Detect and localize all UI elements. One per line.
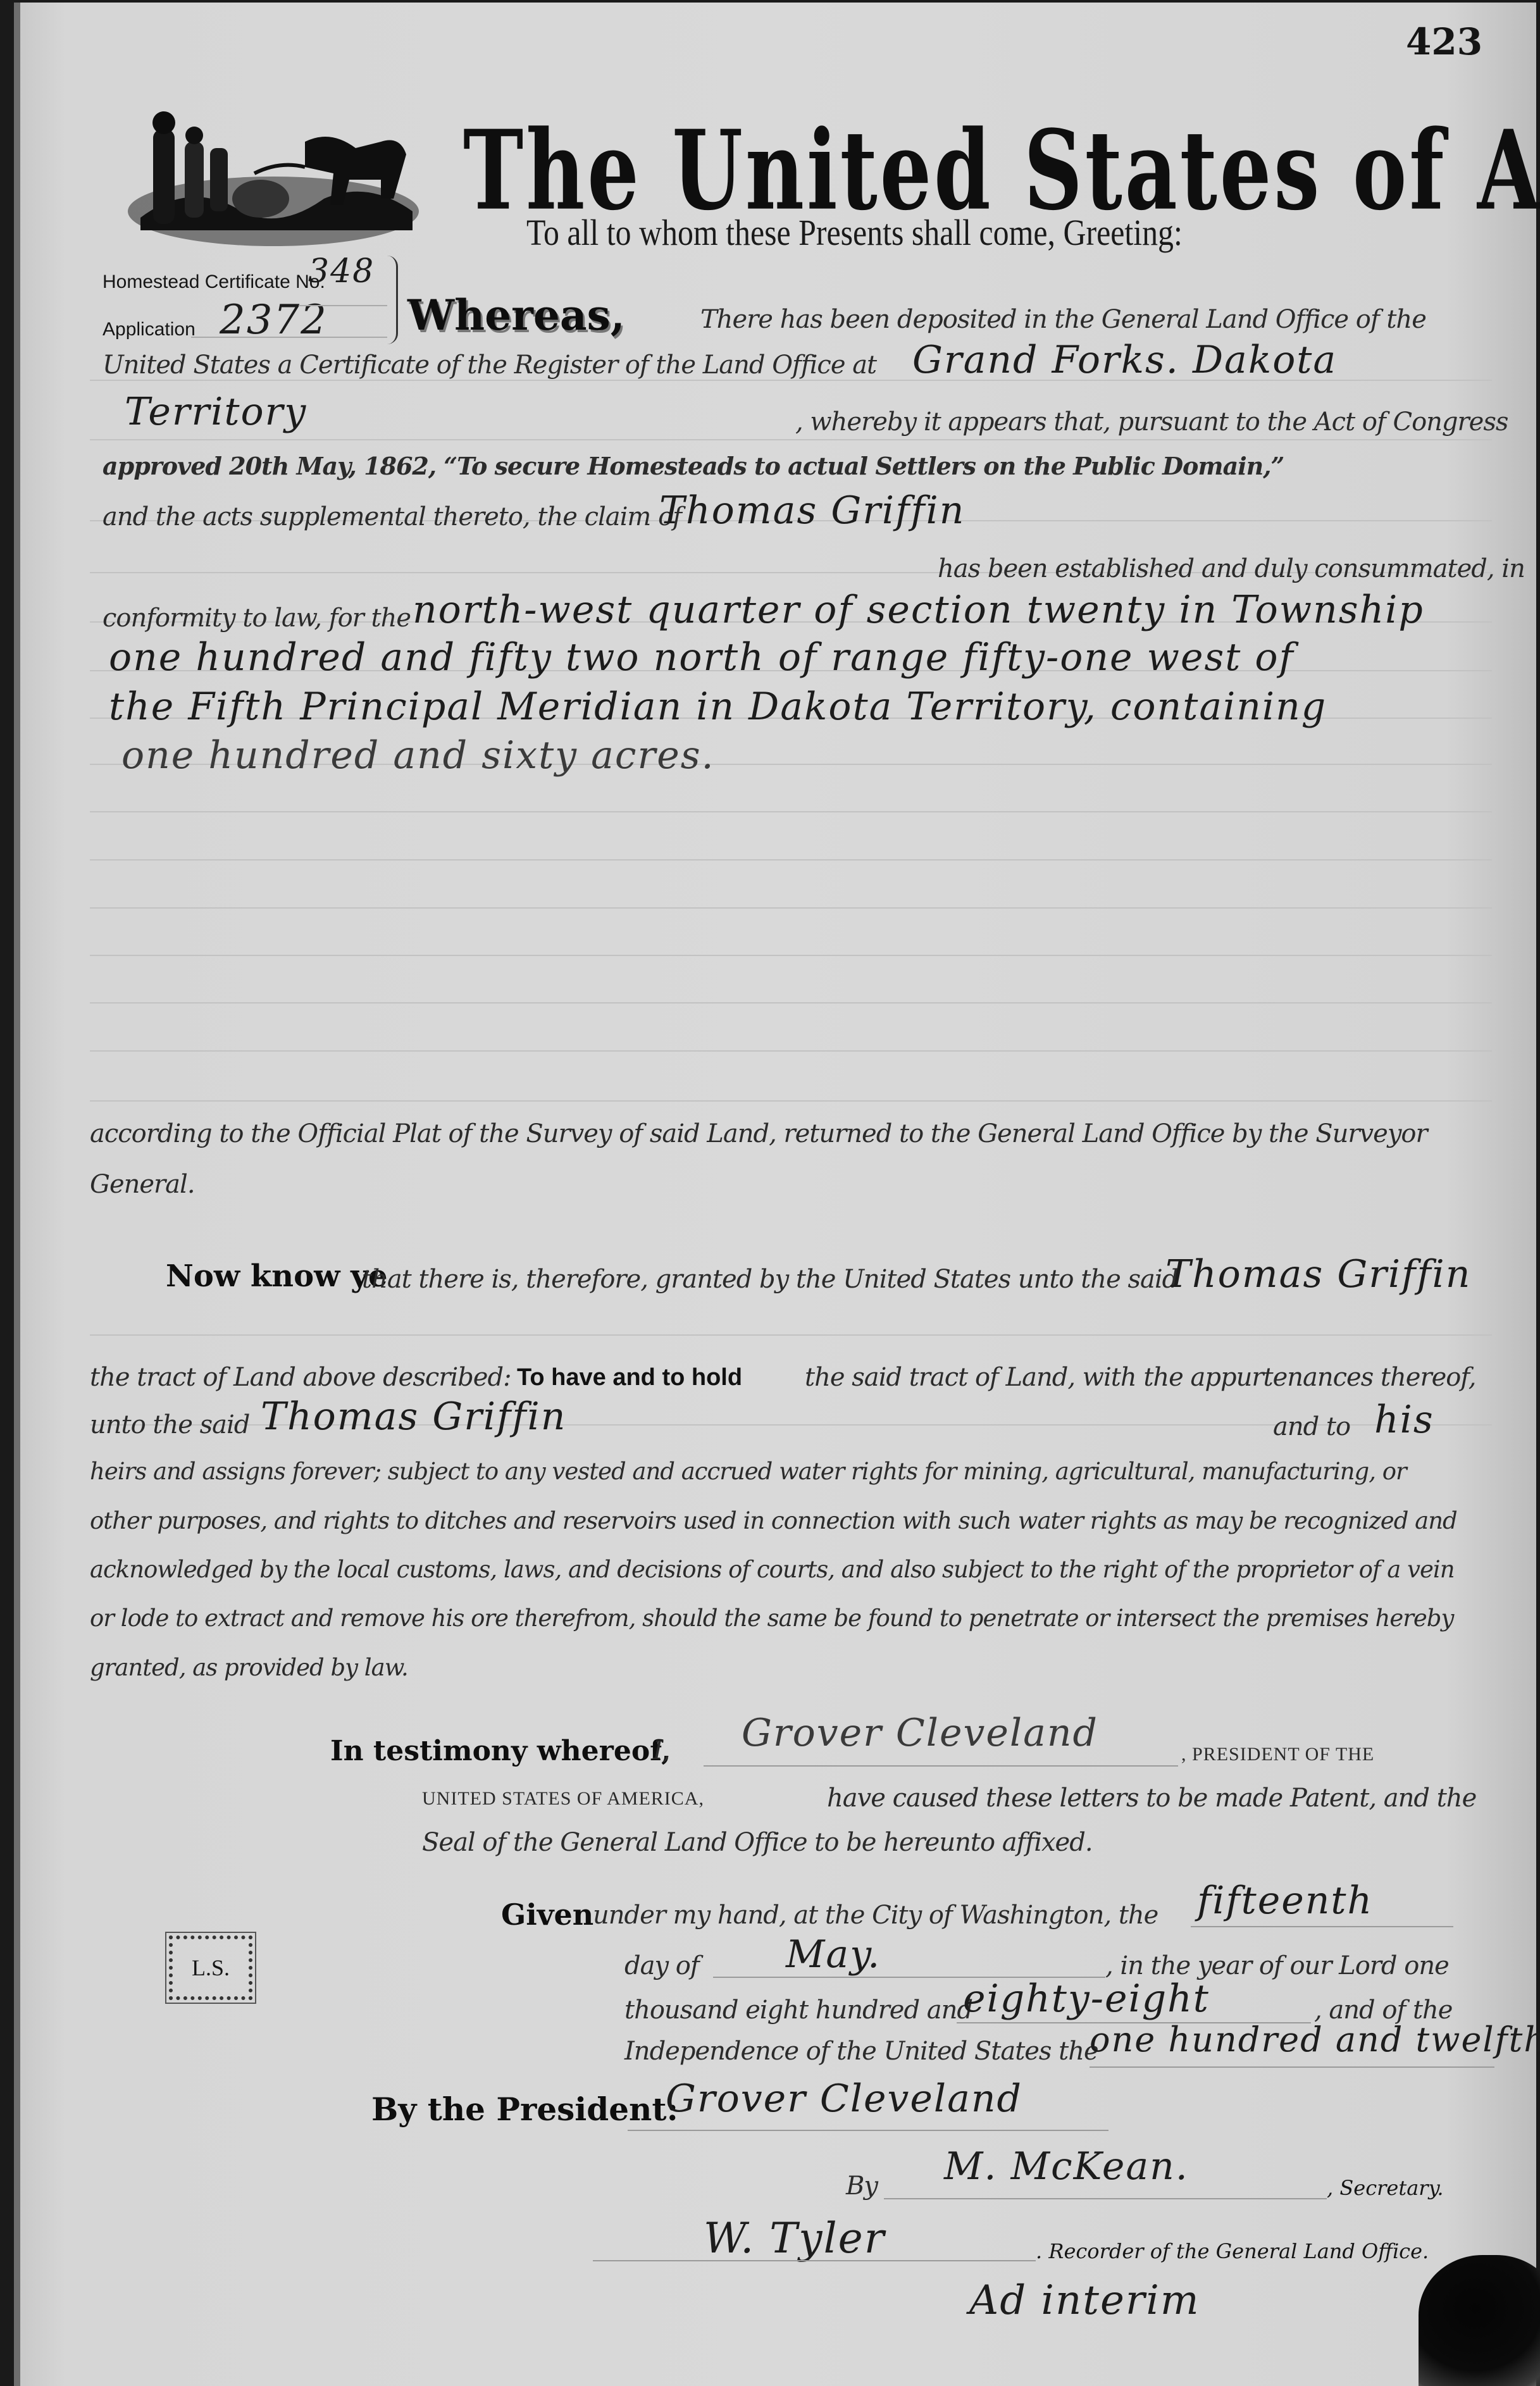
homestead-certificate-number: 348 <box>308 252 375 290</box>
land-office-location: Grand Forks. Dakota <box>912 338 1337 382</box>
ruled-line <box>90 811 1492 812</box>
grant-body-line-4: or lode to extract and remove his ore th… <box>90 1605 1453 1632</box>
president-signature-line <box>628 2130 1108 2131</box>
whereas-line-5: and the acts supplemental thereto, the c… <box>102 502 681 531</box>
page-number: 423 <box>1406 20 1482 63</box>
greeting-line: To all to whom these Presents shall come… <box>526 211 1183 254</box>
secretary-title: , Secretary. <box>1327 2176 1444 2200</box>
grant-body-line-2: other purposes, and rights to ditches an… <box>90 1507 1457 1534</box>
now-know-ye-heading: Now know ye <box>166 1258 388 1294</box>
ruled-line <box>90 955 1492 956</box>
ad-interim-annotation: Ad interim <box>969 2277 1200 2324</box>
ruled-line <box>90 1002 1492 1003</box>
application-field: Application <box>102 319 196 340</box>
patent-page: 423 The United States of America, To all… <box>14 3 1536 2386</box>
whereas-line-2: United States a Certificate of the Regis… <box>102 351 876 380</box>
grant-line-2c: the said tract of Land, with the appurte… <box>805 1363 1475 1392</box>
grantee-name-2: Thomas Griffin <box>261 1395 566 1439</box>
grantee-pronoun: his <box>1374 1398 1434 1442</box>
claimant-name: Thomas Griffin <box>659 488 965 533</box>
homestead-certificate-label: Homestead Certificate No. <box>102 271 325 292</box>
given-line-1: under my hand, at the City of Washington… <box>593 1901 1158 1930</box>
grantee-name: Thomas Griffin <box>1165 1252 1471 1296</box>
by-the-president-heading: By the President: <box>371 2091 678 2128</box>
testimony-line-2a: UNITED STATES OF AMERICA, <box>422 1788 704 1810</box>
harvest-vignette-image <box>115 104 432 256</box>
given-line-4a: Independence of the United States the <box>624 2037 1098 2066</box>
land-description-line-4: one hundred and sixty acres. <box>121 733 715 778</box>
whereas-line-1: There has been deposited in the General … <box>700 305 1426 334</box>
month-handwritten: May. <box>786 1932 881 1977</box>
survey-line-1: according to the Official Plat of the Su… <box>90 1119 1427 1148</box>
bracket-divider <box>387 256 398 344</box>
seal-label: L.S. <box>192 1954 230 1981</box>
ruled-line <box>90 907 1492 909</box>
by-label: By <box>846 2172 878 2201</box>
day-of-label: day of <box>624 1951 699 1980</box>
application-underline <box>191 337 387 338</box>
whereas-heading: Whereas, <box>407 290 625 340</box>
president-underline <box>704 1765 1178 1767</box>
recorder-signature-line <box>593 2260 1036 2261</box>
day-handwritten: fifteenth <box>1197 1879 1373 1923</box>
ruled-line <box>90 439 1492 440</box>
president-title: , PRESIDENT OF THE <box>1181 1744 1374 1765</box>
thumb-shadow <box>1419 2255 1540 2386</box>
given-heading: Given <box>501 1898 593 1932</box>
grant-line-3b: and to <box>1273 1412 1350 1441</box>
testimony-line-2b: have caused these letters to be made Pat… <box>827 1784 1476 1813</box>
land-description-line-2: one hundred and fifty two north of range… <box>109 635 1295 680</box>
secretary-signature-line <box>884 2198 1327 2199</box>
testimony-line-3: Seal of the General Land Office to be he… <box>422 1828 1093 1857</box>
whereas-line-7: conformity to law, for the <box>102 604 411 633</box>
in-testimony-heading: In testimony whereof, <box>330 1735 671 1767</box>
application-label: Application <box>102 319 196 340</box>
independence-underline <box>1090 2066 1494 2068</box>
certificate-underline <box>299 305 387 306</box>
ruled-line <box>90 1050 1492 1052</box>
given-line-3a: thousand eight hundred and <box>624 1996 972 2025</box>
ruled-line <box>90 1100 1492 1102</box>
grant-body-line-1: heirs and assigns forever; subject to an… <box>90 1458 1406 1485</box>
whereas-line-6: has been established and duly consummate… <box>938 554 1525 583</box>
president-signature: Grover Cleveland <box>666 2077 1022 2121</box>
land-description-line-3: the Fifth Principal Meridian in Dakota T… <box>109 685 1327 729</box>
ruled-line <box>90 859 1492 861</box>
grant-body-line-5: granted, as provided by law. <box>90 1654 408 1681</box>
to-have-and-to-hold: To have and to hold <box>517 1364 742 1391</box>
land-description-line-1: north-west quarter of section twenty in … <box>413 588 1424 632</box>
whereas-line-3: , whereby it appears that, pursuant to t… <box>795 407 1508 437</box>
independence-year-handwritten: one hundred and twelfth <box>1090 2020 1540 2060</box>
grant-line-3a: unto the said <box>90 1410 249 1439</box>
day-underline <box>1191 1926 1453 1927</box>
secretary-signature: M. McKean. <box>944 2144 1189 2189</box>
locus-sigilli-seal: L.S. <box>169 1936 252 2000</box>
recorder-signature: W. Tyler <box>704 2214 885 2263</box>
homestead-certificate-field: Homestead Certificate No. <box>102 271 325 293</box>
grant-body-line-3: acknowledged by the local customs, laws,… <box>90 1556 1455 1583</box>
ruled-line <box>90 1334 1492 1336</box>
recorder-title: . Recorder of the General Land Office. <box>1036 2239 1429 2263</box>
act-of-congress-line: approved 20th May, 1862, “To secure Home… <box>102 452 1284 480</box>
grant-line-2a: the tract of Land above described: <box>90 1363 511 1392</box>
grant-line-1: that there is, therefore, granted by the… <box>362 1265 1177 1294</box>
territory-handwritten: Territory <box>125 390 307 434</box>
survey-line-2: General. <box>90 1170 195 1199</box>
president-name-handwritten: Grover Cleveland <box>742 1711 1098 1755</box>
year-handwritten: eighty-eight <box>963 1977 1210 2021</box>
testimony-i: I, <box>653 1736 670 1765</box>
